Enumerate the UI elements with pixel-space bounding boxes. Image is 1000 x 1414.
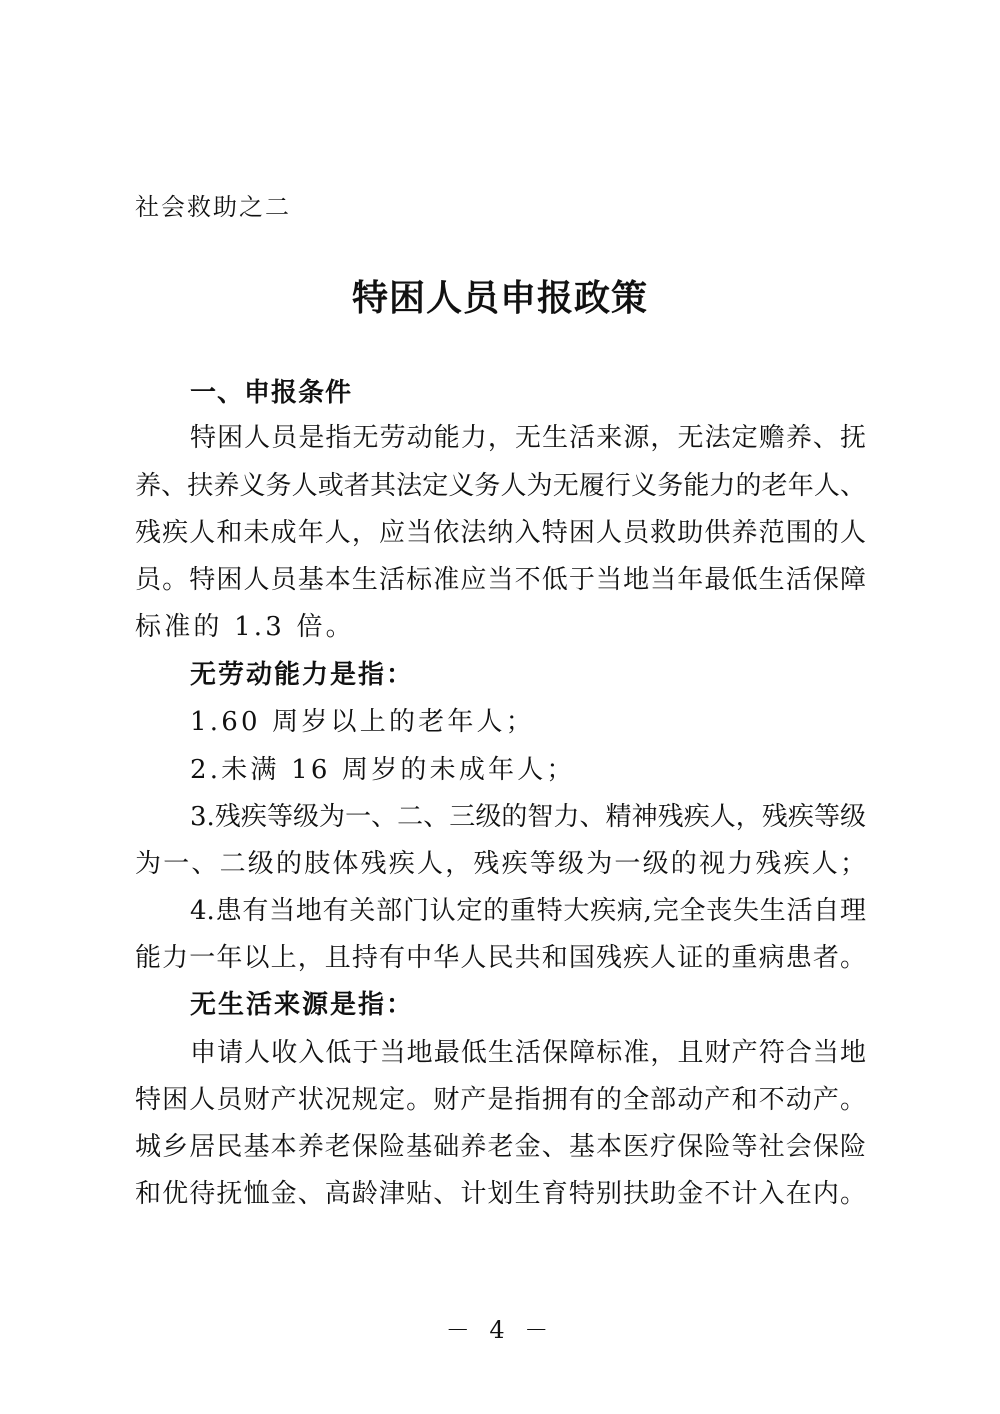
document-title: 特困人员申报政策	[0, 276, 1000, 320]
paragraph-line: 残疾人和未成年人，应当依法纳入特困人员救助供养范围的人	[135, 516, 866, 550]
list-item: 2.未满 16 周岁的未成年人；	[190, 753, 866, 787]
list-item: 1.60 周岁以上的老年人；	[190, 705, 866, 739]
list-item: 3.残疾等级为一、二、三级的智力、精神残疾人，残疾等级	[190, 800, 866, 834]
document-page: 社会救助之二 特困人员申报政策 一、申报条件 特困人员是指无劳动能力，无生活来源…	[0, 0, 1000, 1414]
paragraph-line: 员。特困人员基本生活标准应当不低于当地当年最低生活保障	[135, 563, 866, 597]
series-label: 社会救助之二	[135, 190, 291, 224]
paragraph-line: 和优待抚恤金、高龄津贴、计划生育特别扶助金不计入在内。	[135, 1177, 866, 1211]
paragraph-line: 标准的 1.3 倍。	[135, 610, 355, 644]
list-item-continuation: 能力一年以上，且持有中华人民共和国残疾人证的重病患者。	[135, 941, 866, 975]
paragraph-line: 申请人收入低于当地最低生活保障标准，且财产符合当地	[190, 1036, 866, 1070]
page-number: － 4 －	[0, 1313, 1000, 1347]
paragraph-line: 城乡居民基本养老保险基础养老金、基本医疗保险等社会保险	[135, 1130, 866, 1164]
paragraph-line: 特困人员是指无劳动能力，无生活来源，无法定赡养、抚	[190, 421, 866, 455]
subheading-no-labor-ability: 无劳动能力是指：	[190, 658, 414, 692]
paragraph-line: 特困人员财产状况规定。财产是指拥有的全部动产和不动产。	[135, 1083, 866, 1117]
subheading-no-income-source: 无生活来源是指：	[190, 988, 414, 1022]
paragraph-line: 养、扶养义务人或者其法定义务人为无履行义务能力的老年人、	[135, 469, 866, 503]
list-item-continuation: 为一、二级的肢体残疾人，残疾等级为一级的视力残疾人；	[135, 847, 866, 881]
section-heading-application-conditions: 一、申报条件	[190, 376, 352, 410]
list-item: 4.患有当地有关部门认定的重特大疾病,完全丧失生活自理	[190, 894, 866, 928]
